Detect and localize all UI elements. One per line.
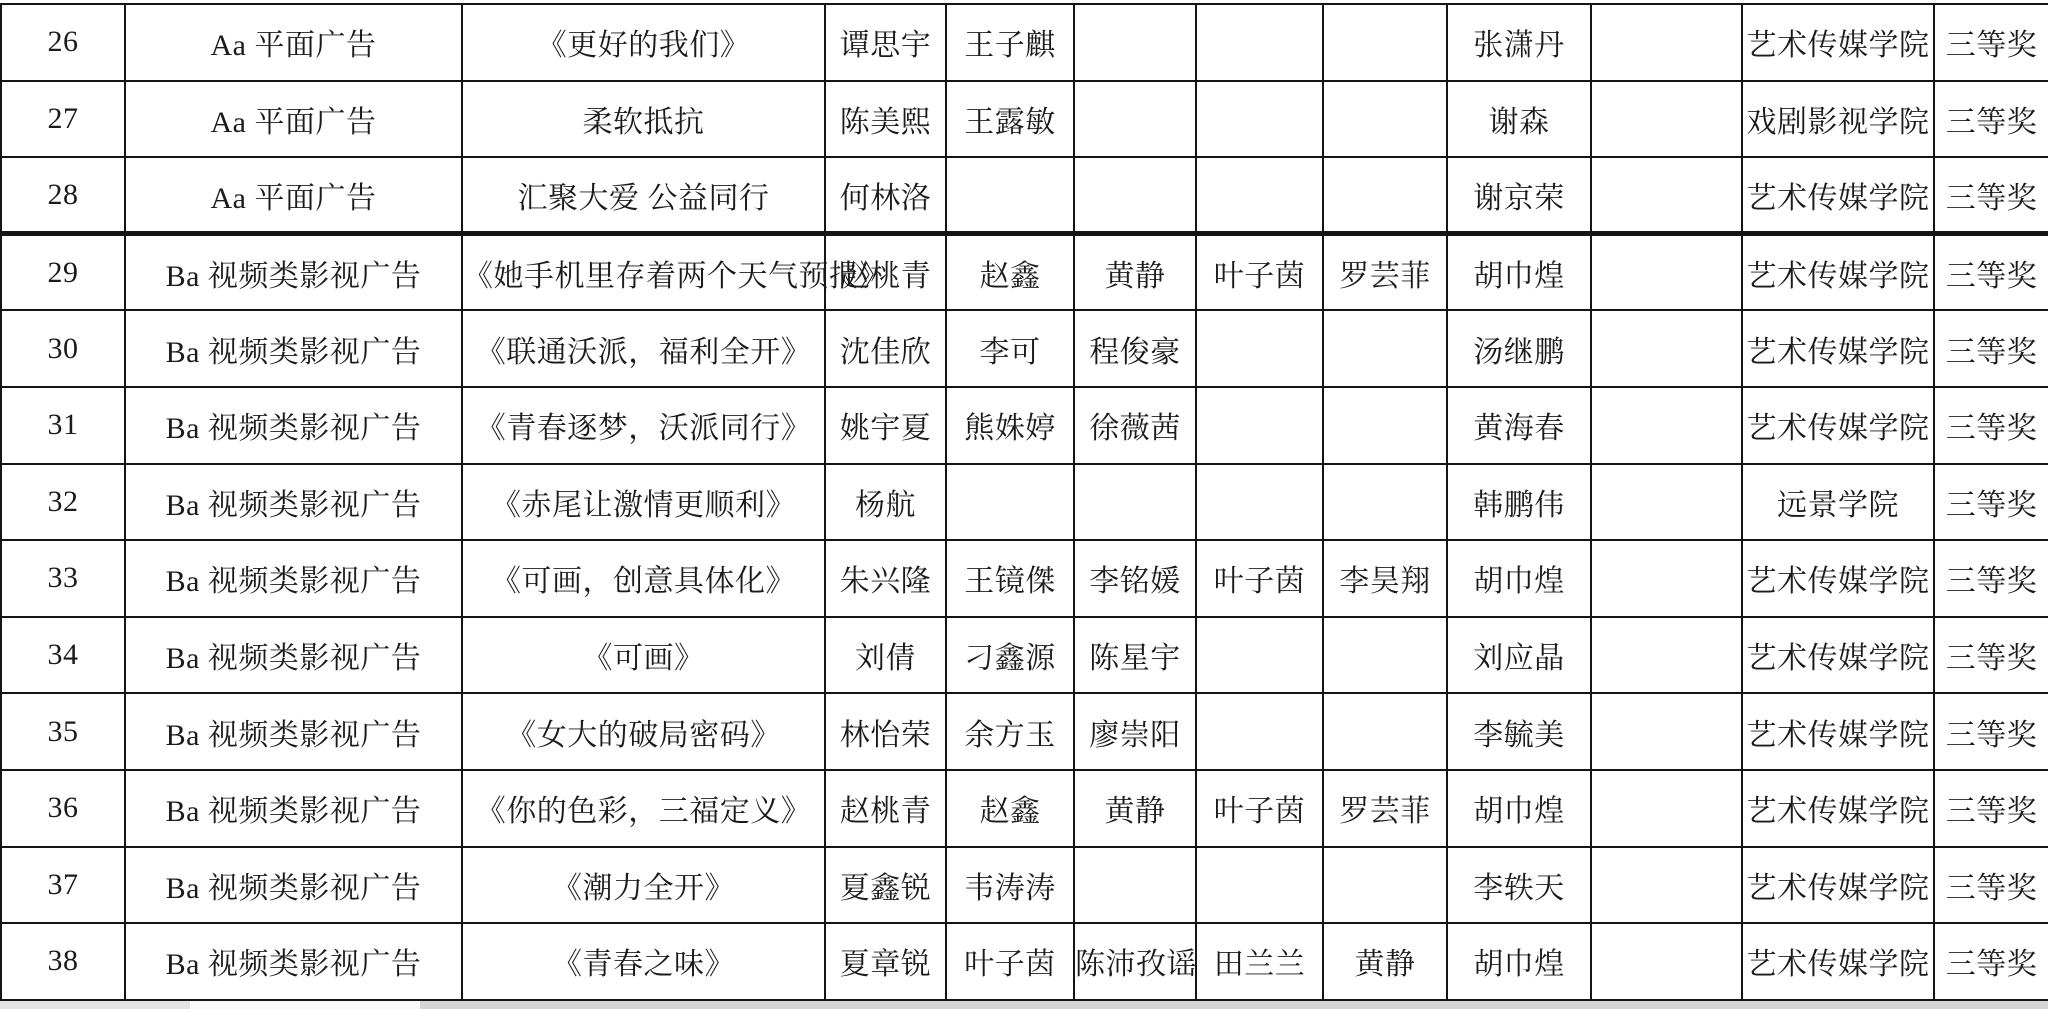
award-label: 三等奖 xyxy=(1946,872,2038,905)
cell-work-title: 汇聚大爱 公益同行 xyxy=(462,157,825,234)
category-label: Ba 视频类影视广告 xyxy=(166,795,422,828)
cell-category: Ba 视频类影视广告 xyxy=(125,617,462,694)
cell-category: Aa 平面广告 xyxy=(125,4,462,81)
cell-author-2: 王子麒 xyxy=(946,4,1074,81)
cell-author-5 xyxy=(1323,617,1447,694)
cell-entry-number: 27 xyxy=(1,81,125,158)
cell-author-5: 罗芸菲 xyxy=(1323,770,1447,847)
cell-entry-number: 35 xyxy=(1,693,125,770)
author-2-name: 刁鑫源 xyxy=(964,642,1056,675)
category-label: Ba 视频类影视广告 xyxy=(166,642,422,675)
work-title: 《联通沃派，福利全开》 xyxy=(476,336,812,369)
advisor-name: 刘应晶 xyxy=(1473,642,1565,675)
cell-author-2: 李可 xyxy=(946,310,1074,387)
author-1-name: 夏鑫锐 xyxy=(840,872,932,905)
cell-author-5 xyxy=(1323,693,1447,770)
author-4-name: 叶子茵 xyxy=(1214,260,1306,293)
cell-category: Ba 视频类影视广告 xyxy=(125,693,462,770)
table-row: 30 Ba 视频类影视广告 《联通沃派，福利全开》 沈佳欣 李可 程俊豪 汤继鹏… xyxy=(1,310,2048,387)
entry-number: 28 xyxy=(48,178,79,211)
awards-table-page: 26 Aa 平面广告 《更好的我们》 谭思宇 王子麒 张潇丹 艺术传媒学院 三等… xyxy=(0,0,2048,1009)
entry-number: 38 xyxy=(48,944,79,977)
table-row: 34 Ba 视频类影视广告 《可画》 刘倩 刁鑫源 陈星宇 刘应晶 艺术传媒学院… xyxy=(1,617,2048,694)
cell-author-3: 黄静 xyxy=(1074,234,1196,311)
cell-award: 三等奖 xyxy=(1934,387,2048,464)
cell-author-5 xyxy=(1323,847,1447,924)
work-title: 《潮力全开》 xyxy=(552,872,735,905)
cell-work-title: 《赤尾让激情更顺利》 xyxy=(462,464,825,541)
cell-advisor: 谢森 xyxy=(1447,81,1591,158)
college-name: 艺术传媒学院 xyxy=(1747,412,1930,445)
cell-author-4 xyxy=(1196,4,1323,81)
cell-author-1: 沈佳欣 xyxy=(825,310,946,387)
entry-number: 31 xyxy=(48,408,79,441)
cell-work-title: 《青春逐梦，沃派同行》 xyxy=(462,387,825,464)
cell-author-2: 熊姝婷 xyxy=(946,387,1074,464)
category-label: Ba 视频类影视广告 xyxy=(166,719,422,752)
author-5-name: 罗芸菲 xyxy=(1339,260,1431,293)
cell-category: Ba 视频类影视广告 xyxy=(125,540,462,617)
cell-empty xyxy=(1591,81,1742,158)
table-row: 28 Aa 平面广告 汇聚大爱 公益同行 何林洛 谢京荣 艺术传媒学院 三等奖 xyxy=(1,157,2048,234)
category-label: Ba 视频类影视广告 xyxy=(166,565,422,598)
cell-author-2: 赵鑫 xyxy=(946,770,1074,847)
cell-category: Aa 平面广告 xyxy=(125,157,462,234)
college-name: 艺术传媒学院 xyxy=(1747,642,1930,675)
award-label: 三等奖 xyxy=(1946,565,2038,598)
author-2-name: 李可 xyxy=(980,336,1041,369)
cell-author-3 xyxy=(1074,464,1196,541)
cell-author-1: 夏鑫锐 xyxy=(825,847,946,924)
cell-entry-number: 30 xyxy=(1,310,125,387)
work-title: 《你的色彩，三福定义》 xyxy=(476,795,812,828)
category-label: Ba 视频类影视广告 xyxy=(166,872,422,905)
category-label: Aa 平面广告 xyxy=(211,106,377,139)
entry-number: 26 xyxy=(48,25,79,58)
cell-entry-number: 33 xyxy=(1,540,125,617)
cell-author-2: 余方玉 xyxy=(946,693,1074,770)
award-label: 三等奖 xyxy=(1946,948,2038,981)
cell-author-4: 叶子茵 xyxy=(1196,770,1323,847)
category-label: Ba 视频类影视广告 xyxy=(166,489,422,522)
advisor-name: 李毓美 xyxy=(1473,719,1565,752)
author-1-name: 赵桃青 xyxy=(840,260,932,293)
award-table: 26 Aa 平面广告 《更好的我们》 谭思宇 王子麒 张潇丹 艺术传媒学院 三等… xyxy=(0,3,2048,1001)
cell-category: Ba 视频类影视广告 xyxy=(125,234,462,311)
table-row: 27 Aa 平面广告 柔软抵抗 陈美熙 王露敏 谢森 戏剧影视学院 三等奖 xyxy=(1,81,2048,158)
cell-author-5 xyxy=(1323,310,1447,387)
author-5-name: 黄静 xyxy=(1355,948,1416,981)
entry-number: 35 xyxy=(48,715,79,748)
cell-empty xyxy=(1591,234,1742,311)
cell-empty xyxy=(1591,617,1742,694)
cell-category: Ba 视频类影视广告 xyxy=(125,923,462,1000)
cell-advisor: 黄海春 xyxy=(1447,387,1591,464)
cell-author-3 xyxy=(1074,157,1196,234)
cell-advisor: 胡巾煌 xyxy=(1447,770,1591,847)
entry-number: 37 xyxy=(48,868,79,901)
cell-advisor: 李毓美 xyxy=(1447,693,1591,770)
cell-empty xyxy=(1591,387,1742,464)
author-1-name: 陈美熙 xyxy=(840,106,932,139)
advisor-name: 李轶天 xyxy=(1473,872,1565,905)
cell-author-4 xyxy=(1196,157,1323,234)
entry-number: 32 xyxy=(48,485,79,518)
award-label: 三等奖 xyxy=(1946,642,2038,675)
author-3-name: 程俊豪 xyxy=(1089,336,1181,369)
table-row: 33 Ba 视频类影视广告 《可画，创意具体化》 朱兴隆 王镜傑 李铭媛 叶子茵… xyxy=(1,540,2048,617)
category-label: Aa 平面广告 xyxy=(211,29,377,62)
cell-author-5 xyxy=(1323,4,1447,81)
cell-author-3: 陈沛孜谣 xyxy=(1074,923,1196,1000)
work-title: 《可画》 xyxy=(583,642,705,675)
cell-author-5 xyxy=(1323,157,1447,234)
work-title: 汇聚大爱 公益同行 xyxy=(518,182,770,215)
cell-award: 三等奖 xyxy=(1934,81,2048,158)
cell-college: 艺术传媒学院 xyxy=(1742,847,1934,924)
cell-advisor: 张潇丹 xyxy=(1447,4,1591,81)
cell-work-title: 《女大的破局密码》 xyxy=(462,693,825,770)
table-row: 37 Ba 视频类影视广告 《潮力全开》 夏鑫锐 韦涛涛 李轶天 艺术传媒学院 … xyxy=(1,847,2048,924)
author-1-name: 杨航 xyxy=(855,489,916,522)
cell-author-5 xyxy=(1323,387,1447,464)
advisor-name: 汤继鹏 xyxy=(1473,336,1565,369)
cell-category: Aa 平面广告 xyxy=(125,81,462,158)
award-label: 三等奖 xyxy=(1946,29,2038,62)
cell-author-4 xyxy=(1196,387,1323,464)
author-3-name: 黄静 xyxy=(1105,260,1166,293)
award-label: 三等奖 xyxy=(1946,106,2038,139)
advisor-name: 张潇丹 xyxy=(1473,29,1565,62)
cell-author-5: 罗芸菲 xyxy=(1323,234,1447,311)
cell-entry-number: 31 xyxy=(1,387,125,464)
cell-author-3 xyxy=(1074,847,1196,924)
cell-category: Ba 视频类影视广告 xyxy=(125,770,462,847)
award-label: 三等奖 xyxy=(1946,182,2038,215)
cell-entry-number: 38 xyxy=(1,923,125,1000)
advisor-name: 胡巾煌 xyxy=(1473,795,1565,828)
cell-entry-number: 36 xyxy=(1,770,125,847)
cell-author-3: 廖崇阳 xyxy=(1074,693,1196,770)
cell-author-2: 韦涛涛 xyxy=(946,847,1074,924)
cell-author-2 xyxy=(946,157,1074,234)
cell-advisor: 胡巾煌 xyxy=(1447,923,1591,1000)
author-1-name: 林怡荣 xyxy=(840,719,932,752)
cell-author-2: 王镜傑 xyxy=(946,540,1074,617)
advisor-name: 黄海春 xyxy=(1473,412,1565,445)
table-row: 26 Aa 平面广告 《更好的我们》 谭思宇 王子麒 张潇丹 艺术传媒学院 三等… xyxy=(1,4,2048,81)
author-3-name: 李铭媛 xyxy=(1089,565,1181,598)
cell-empty xyxy=(1591,310,1742,387)
cell-award: 三等奖 xyxy=(1934,693,2048,770)
cell-author-4 xyxy=(1196,310,1323,387)
cell-author-4 xyxy=(1196,847,1323,924)
cell-empty xyxy=(1591,4,1742,81)
cell-author-3: 陈星宇 xyxy=(1074,617,1196,694)
cell-college: 艺术传媒学院 xyxy=(1742,387,1934,464)
cell-empty xyxy=(1591,157,1742,234)
cell-author-1: 何林洛 xyxy=(825,157,946,234)
cell-award: 三等奖 xyxy=(1934,540,2048,617)
cell-advisor: 胡巾煌 xyxy=(1447,234,1591,311)
entry-number: 33 xyxy=(48,561,79,594)
advisor-name: 胡巾煌 xyxy=(1473,948,1565,981)
college-name: 戏剧影视学院 xyxy=(1747,106,1930,139)
cell-college: 艺术传媒学院 xyxy=(1742,923,1934,1000)
college-name: 艺术传媒学院 xyxy=(1747,719,1930,752)
cell-entry-number: 28 xyxy=(1,157,125,234)
cell-author-2: 刁鑫源 xyxy=(946,617,1074,694)
cell-author-2: 叶子茵 xyxy=(946,923,1074,1000)
category-label: Aa 平面广告 xyxy=(211,182,377,215)
work-title: 《可画，创意具体化》 xyxy=(491,565,796,598)
author-2-name: 赵鑫 xyxy=(980,260,1041,293)
entry-number: 29 xyxy=(48,256,79,289)
cell-advisor: 汤继鹏 xyxy=(1447,310,1591,387)
work-title: 《青春之味》 xyxy=(552,948,735,981)
cell-author-1: 姚宇夏 xyxy=(825,387,946,464)
cell-empty xyxy=(1591,847,1742,924)
college-name: 艺术传媒学院 xyxy=(1747,336,1930,369)
cell-entry-number: 29 xyxy=(1,234,125,311)
advisor-name: 韩鹏伟 xyxy=(1473,489,1565,522)
cell-award: 三等奖 xyxy=(1934,464,2048,541)
author-3-name: 徐薇茜 xyxy=(1089,412,1181,445)
cell-author-3: 李铭媛 xyxy=(1074,540,1196,617)
author-1-name: 刘倩 xyxy=(855,642,916,675)
cell-advisor: 胡巾煌 xyxy=(1447,540,1591,617)
cell-advisor: 谢京荣 xyxy=(1447,157,1591,234)
cell-author-4 xyxy=(1196,81,1323,158)
cell-empty xyxy=(1591,540,1742,617)
cell-author-1: 杨航 xyxy=(825,464,946,541)
award-label: 三等奖 xyxy=(1946,336,2038,369)
cell-work-title: 《更好的我们》 xyxy=(462,4,825,81)
cell-college: 艺术传媒学院 xyxy=(1742,4,1934,81)
cell-college: 艺术传媒学院 xyxy=(1742,693,1934,770)
cell-author-3: 黄静 xyxy=(1074,770,1196,847)
college-name: 艺术传媒学院 xyxy=(1747,565,1930,598)
author-4-name: 叶子茵 xyxy=(1214,795,1306,828)
college-name: 艺术传媒学院 xyxy=(1747,795,1930,828)
college-name: 艺术传媒学院 xyxy=(1747,29,1930,62)
advisor-name: 胡巾煌 xyxy=(1473,565,1565,598)
work-title: 《更好的我们》 xyxy=(537,29,751,62)
cell-work-title: 《可画，创意具体化》 xyxy=(462,540,825,617)
cell-award: 三等奖 xyxy=(1934,770,2048,847)
cell-college: 艺术传媒学院 xyxy=(1742,310,1934,387)
advisor-name: 胡巾煌 xyxy=(1473,260,1565,293)
cell-author-2 xyxy=(946,464,1074,541)
cell-author-1: 朱兴隆 xyxy=(825,540,946,617)
author-2-name: 熊姝婷 xyxy=(964,412,1056,445)
cell-author-1: 赵桃青 xyxy=(825,234,946,311)
college-name: 艺术传媒学院 xyxy=(1747,260,1930,293)
cell-college: 艺术传媒学院 xyxy=(1742,157,1934,234)
work-title: 《女大的破局密码》 xyxy=(506,719,781,752)
cell-author-5: 黄静 xyxy=(1323,923,1447,1000)
cell-author-3: 徐薇茜 xyxy=(1074,387,1196,464)
author-2-name: 王子麒 xyxy=(964,29,1056,62)
cell-award: 三等奖 xyxy=(1934,4,2048,81)
advisor-name: 谢京荣 xyxy=(1473,182,1565,215)
cell-author-5 xyxy=(1323,81,1447,158)
award-label: 三等奖 xyxy=(1946,489,2038,522)
author-3-name: 陈星宇 xyxy=(1089,642,1181,675)
author-5-name: 罗芸菲 xyxy=(1339,795,1431,828)
college-name: 远景学院 xyxy=(1777,489,1899,522)
cell-empty xyxy=(1591,770,1742,847)
cell-author-1: 刘倩 xyxy=(825,617,946,694)
cell-college: 远景学院 xyxy=(1742,464,1934,541)
author-2-name: 王露敏 xyxy=(964,106,1056,139)
author-1-name: 朱兴隆 xyxy=(840,565,932,598)
award-label: 三等奖 xyxy=(1946,719,2038,752)
work-title: 《青春逐梦，沃派同行》 xyxy=(476,412,812,445)
college-name: 艺术传媒学院 xyxy=(1747,948,1930,981)
cell-category: Ba 视频类影视广告 xyxy=(125,387,462,464)
cell-award: 三等奖 xyxy=(1934,234,2048,311)
cell-author-4 xyxy=(1196,617,1323,694)
bottom-scan-strip xyxy=(0,1001,2048,1009)
cell-college: 艺术传媒学院 xyxy=(1742,617,1934,694)
entry-number: 34 xyxy=(48,638,79,671)
author-2-name: 叶子茵 xyxy=(964,948,1056,981)
cell-award: 三等奖 xyxy=(1934,847,2048,924)
category-label: Ba 视频类影视广告 xyxy=(166,948,422,981)
work-title: 柔软抵抗 xyxy=(583,106,705,139)
table-row: 35 Ba 视频类影视广告 《女大的破局密码》 林怡荣 余方玉 廖崇阳 李毓美 … xyxy=(1,693,2048,770)
author-1-name: 赵桃青 xyxy=(840,795,932,828)
cell-category: Ba 视频类影视广告 xyxy=(125,464,462,541)
cell-author-1: 谭思宇 xyxy=(825,4,946,81)
author-1-name: 沈佳欣 xyxy=(840,336,932,369)
cell-author-1: 赵桃青 xyxy=(825,770,946,847)
author-3-name: 陈沛孜谣 xyxy=(1075,948,1197,981)
cell-author-1: 林怡荣 xyxy=(825,693,946,770)
cell-entry-number: 26 xyxy=(1,4,125,81)
cell-advisor: 李轶天 xyxy=(1447,847,1591,924)
cell-entry-number: 34 xyxy=(1,617,125,694)
table-row: 31 Ba 视频类影视广告 《青春逐梦，沃派同行》 姚宇夏 熊姝婷 徐薇茜 黄海… xyxy=(1,387,2048,464)
category-label: Ba 视频类影视广告 xyxy=(166,260,422,293)
cell-author-3 xyxy=(1074,81,1196,158)
author-1-name: 夏章锐 xyxy=(840,948,932,981)
cell-work-title: 《潮力全开》 xyxy=(462,847,825,924)
cell-author-1: 夏章锐 xyxy=(825,923,946,1000)
cell-author-5: 李昊翔 xyxy=(1323,540,1447,617)
author-1-name: 谭思宇 xyxy=(840,29,932,62)
table-row: 36 Ba 视频类影视广告 《你的色彩，三福定义》 赵桃青 赵鑫 黄静 叶子茵 … xyxy=(1,770,2048,847)
entry-number: 27 xyxy=(48,102,79,135)
college-name: 艺术传媒学院 xyxy=(1747,182,1930,215)
cell-work-title: 《她手机里存着两个天气预报》 xyxy=(462,234,825,311)
award-table-body: 26 Aa 平面广告 《更好的我们》 谭思宇 王子麒 张潇丹 艺术传媒学院 三等… xyxy=(1,4,2048,1000)
cell-author-4 xyxy=(1196,464,1323,541)
cell-advisor: 刘应晶 xyxy=(1447,617,1591,694)
cell-empty xyxy=(1591,464,1742,541)
cell-award: 三等奖 xyxy=(1934,157,2048,234)
author-4-name: 田兰兰 xyxy=(1214,948,1306,981)
author-2-name: 赵鑫 xyxy=(980,795,1041,828)
cell-category: Ba 视频类影视广告 xyxy=(125,847,462,924)
cell-college: 艺术传媒学院 xyxy=(1742,234,1934,311)
cell-entry-number: 37 xyxy=(1,847,125,924)
cell-author-4: 田兰兰 xyxy=(1196,923,1323,1000)
author-3-name: 黄静 xyxy=(1105,795,1166,828)
category-label: Ba 视频类影视广告 xyxy=(166,336,422,369)
college-name: 艺术传媒学院 xyxy=(1747,872,1930,905)
cell-work-title: 柔软抵抗 xyxy=(462,81,825,158)
cell-work-title: 《可画》 xyxy=(462,617,825,694)
table-row: 38 Ba 视频类影视广告 《青春之味》 夏章锐 叶子茵 陈沛孜谣 田兰兰 黄静… xyxy=(1,923,2048,1000)
cell-work-title: 《青春之味》 xyxy=(462,923,825,1000)
cell-empty xyxy=(1591,923,1742,1000)
author-4-name: 叶子茵 xyxy=(1214,565,1306,598)
cell-author-3: 程俊豪 xyxy=(1074,310,1196,387)
award-label: 三等奖 xyxy=(1946,260,2038,293)
cell-author-1: 陈美熙 xyxy=(825,81,946,158)
cell-work-title: 《联通沃派，福利全开》 xyxy=(462,310,825,387)
cell-author-3 xyxy=(1074,4,1196,81)
author-2-name: 王镜傑 xyxy=(964,565,1056,598)
work-title: 《她手机里存着两个天气预报》 xyxy=(463,260,890,293)
author-3-name: 廖崇阳 xyxy=(1089,719,1181,752)
author-2-name: 韦涛涛 xyxy=(964,872,1056,905)
cell-author-4: 叶子茵 xyxy=(1196,234,1323,311)
cell-empty xyxy=(1591,693,1742,770)
cell-author-4 xyxy=(1196,693,1323,770)
advisor-name: 谢森 xyxy=(1489,106,1550,139)
cell-college: 艺术传媒学院 xyxy=(1742,770,1934,847)
cell-author-2: 王露敏 xyxy=(946,81,1074,158)
cell-author-4: 叶子茵 xyxy=(1196,540,1323,617)
cell-award: 三等奖 xyxy=(1934,923,2048,1000)
author-5-name: 李昊翔 xyxy=(1339,565,1431,598)
entry-number: 36 xyxy=(48,791,79,824)
entry-number: 30 xyxy=(48,332,79,365)
cell-entry-number: 32 xyxy=(1,464,125,541)
cell-author-5 xyxy=(1323,464,1447,541)
cell-college: 艺术传媒学院 xyxy=(1742,540,1934,617)
cell-advisor: 韩鹏伟 xyxy=(1447,464,1591,541)
author-1-name: 何林洛 xyxy=(840,182,932,215)
work-title: 《赤尾让激情更顺利》 xyxy=(491,489,796,522)
author-1-name: 姚宇夏 xyxy=(840,412,932,445)
cell-college: 戏剧影视学院 xyxy=(1742,81,1934,158)
category-label: Ba 视频类影视广告 xyxy=(166,412,422,445)
table-row: 32 Ba 视频类影视广告 《赤尾让激情更顺利》 杨航 韩鹏伟 远景学院 三等奖 xyxy=(1,464,2048,541)
cell-work-title: 《你的色彩，三福定义》 xyxy=(462,770,825,847)
cell-author-2: 赵鑫 xyxy=(946,234,1074,311)
table-row: 29 Ba 视频类影视广告 《她手机里存着两个天气预报》 赵桃青 赵鑫 黄静 叶… xyxy=(1,234,2048,311)
cell-category: Ba 视频类影视广告 xyxy=(125,310,462,387)
author-2-name: 余方玉 xyxy=(964,719,1056,752)
cell-award: 三等奖 xyxy=(1934,310,2048,387)
award-label: 三等奖 xyxy=(1946,795,2038,828)
cell-award: 三等奖 xyxy=(1934,617,2048,694)
award-label: 三等奖 xyxy=(1946,412,2038,445)
